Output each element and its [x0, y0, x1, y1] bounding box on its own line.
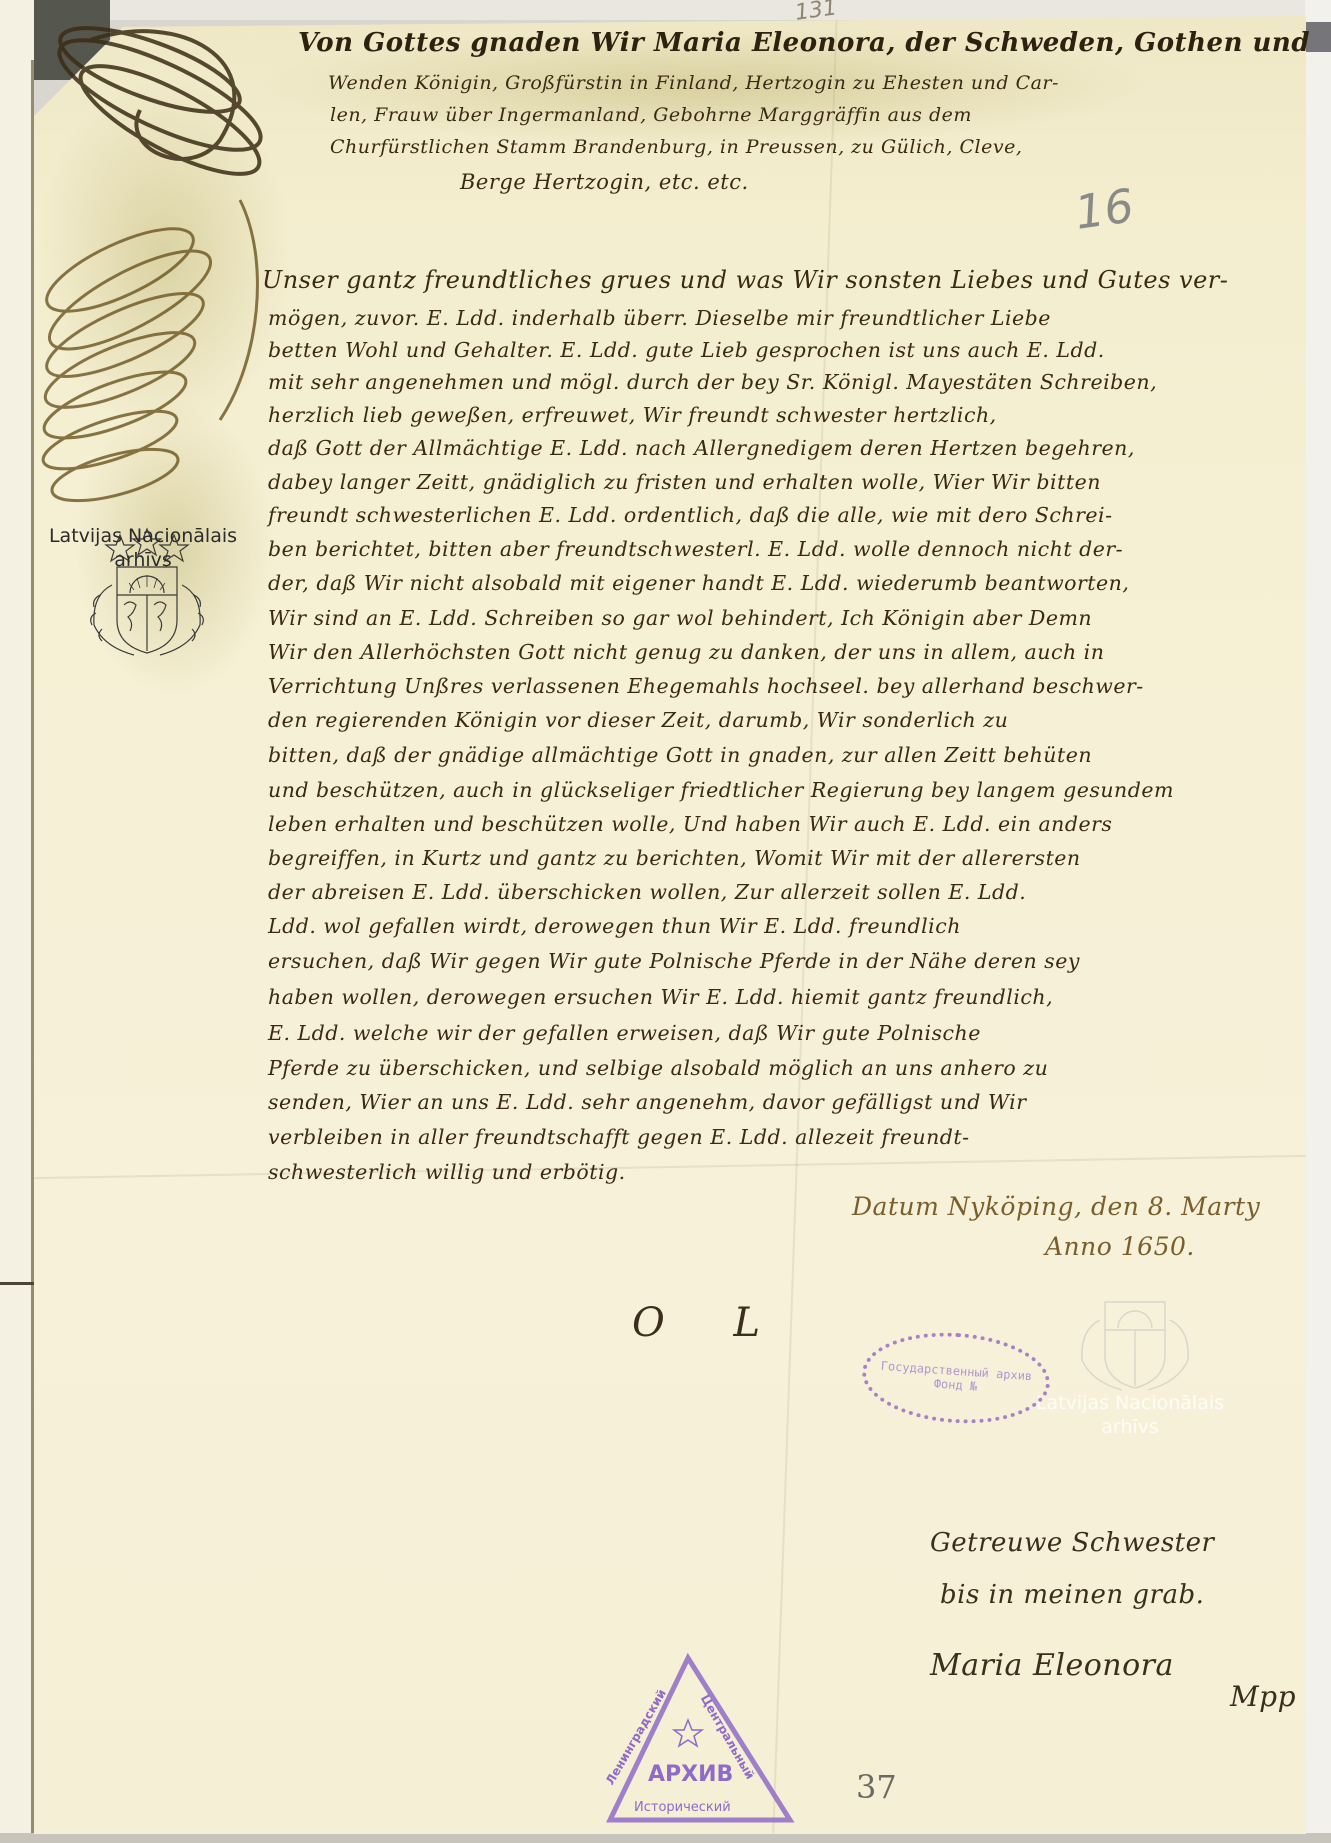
watermark-line: arhīvs	[1015, 1416, 1245, 1440]
body-line: senden, Wier an uns E. Ldd. sehr angeneh…	[268, 1090, 1027, 1114]
stamp-line: Фонд №	[933, 1376, 977, 1393]
body-line: mögen, zuvor. E. Ldd. inderhalb überr. D…	[268, 306, 1051, 330]
heading-line: Von Gottes gnaden Wir Maria Eleonora, de…	[298, 28, 1310, 58]
body-line: Ldd. wol gefallen wirdt, derowegen thun …	[268, 914, 961, 938]
body-line: und beschützen, auch in glückseliger fri…	[268, 778, 1174, 802]
initials-mark: O L	[632, 1300, 788, 1346]
body-line: Unser gantz freundtliches grues und was …	[262, 266, 1228, 294]
page-number: 37	[856, 1768, 897, 1806]
heading-line: Churfürstlichen Stamm Brandenburg, in Pr…	[330, 136, 1022, 158]
body-line: dabey langer Zeitt, gnädiglich zu friste…	[268, 470, 1101, 494]
body-line: Wir sind an E. Ldd. Schreiben so gar wol…	[268, 606, 1092, 630]
body-line: schwesterlich willig und erbötig.	[268, 1160, 626, 1184]
body-line: Pferde zu überschicken, und selbige also…	[268, 1056, 1048, 1080]
signature-name: Maria Eleonora	[930, 1648, 1174, 1683]
watermark-line: Latvijas Nacionālais	[1015, 1392, 1245, 1416]
signature-suffix: Mpp	[1230, 1680, 1296, 1713]
coat-of-arms-ghost-icon	[1060, 1260, 1210, 1395]
body-line: freundt schwesterlichen E. Ldd. ordentli…	[268, 503, 1113, 527]
scan-backdrop-left-notch	[0, 1282, 34, 1285]
date-line: Datum Nyköping, den 8. Marty	[852, 1192, 1260, 1221]
watermark-line: Latvijas Nacionālais	[28, 525, 258, 549]
body-line: mit sehr angenehmen und mögl. durch der …	[268, 370, 1157, 394]
body-line: begreiffen, in Kurtz und gantz zu berich…	[268, 846, 1081, 870]
body-line: herzlich lieb geweßen, erfreuwet, Wir fr…	[268, 403, 997, 427]
stamp-bottom-text: Исторический	[634, 1800, 731, 1815]
body-line: den regierenden Königin vor dieser Zeit,…	[268, 708, 1008, 732]
body-line: Verrichtung Unßres verlassenen Ehegemahl…	[268, 674, 1144, 698]
body-line: daß Gott der Allmächtige E. Ldd. nach Al…	[268, 436, 1135, 460]
body-line: haben wollen, derowegen ersuchen Wir E. …	[268, 985, 1053, 1009]
watermark-line: arhīvs	[28, 549, 258, 573]
date-line: Anno 1650.	[1045, 1232, 1195, 1261]
body-line: ben berichtet, bitten aber freundtschwes…	[268, 537, 1123, 561]
archive-watermark-secondary: Latvijas Nacionālais arhīvs	[1015, 1392, 1245, 1440]
stamp-center-text: АРХИВ	[648, 1762, 733, 1787]
postscript-line: bis in meinen grab.	[940, 1580, 1204, 1610]
calligraphic-flourish-icon	[20, 0, 300, 560]
postscript-line: Getreuwe Schwester	[930, 1528, 1214, 1558]
heading-line: Wenden Königin, Großfürstin in Finland, …	[328, 72, 1059, 94]
body-line: E. Ldd. welche wir der gefallen erweisen…	[268, 1021, 981, 1045]
body-line: der, daß Wir nicht alsobald mit eigener …	[268, 571, 1129, 595]
body-line: leben erhalten und beschützen wolle, Und…	[268, 812, 1112, 836]
pencil-folio-number: 16	[1072, 178, 1137, 240]
body-line: bitten, daß der gnädige allmächtige Gott…	[268, 743, 1092, 767]
scan-backdrop-right	[1305, 0, 1331, 1843]
body-line: betten Wohl und Gehalter. E. Ldd. gute L…	[268, 338, 1105, 362]
body-line: der abreisen E. Ldd. überschicken wollen…	[268, 880, 1026, 904]
heading-line: len, Frauw über Ingermanland, Gebohrne M…	[330, 104, 972, 126]
archive-watermark-primary: Latvijas Nacionālais arhīvs	[28, 525, 258, 573]
body-line: ersuchen, daß Wir gegen Wir gute Polnisc…	[268, 949, 1080, 973]
paper-fold-line	[34, 1155, 1306, 1179]
body-line: verbleiben in aller freundtschafft gegen…	[268, 1125, 970, 1149]
body-line: Wir den Allerhöchsten Gott nicht genug z…	[268, 640, 1104, 664]
heading-line: Berge Hertzogin, etc. etc.	[460, 170, 749, 194]
